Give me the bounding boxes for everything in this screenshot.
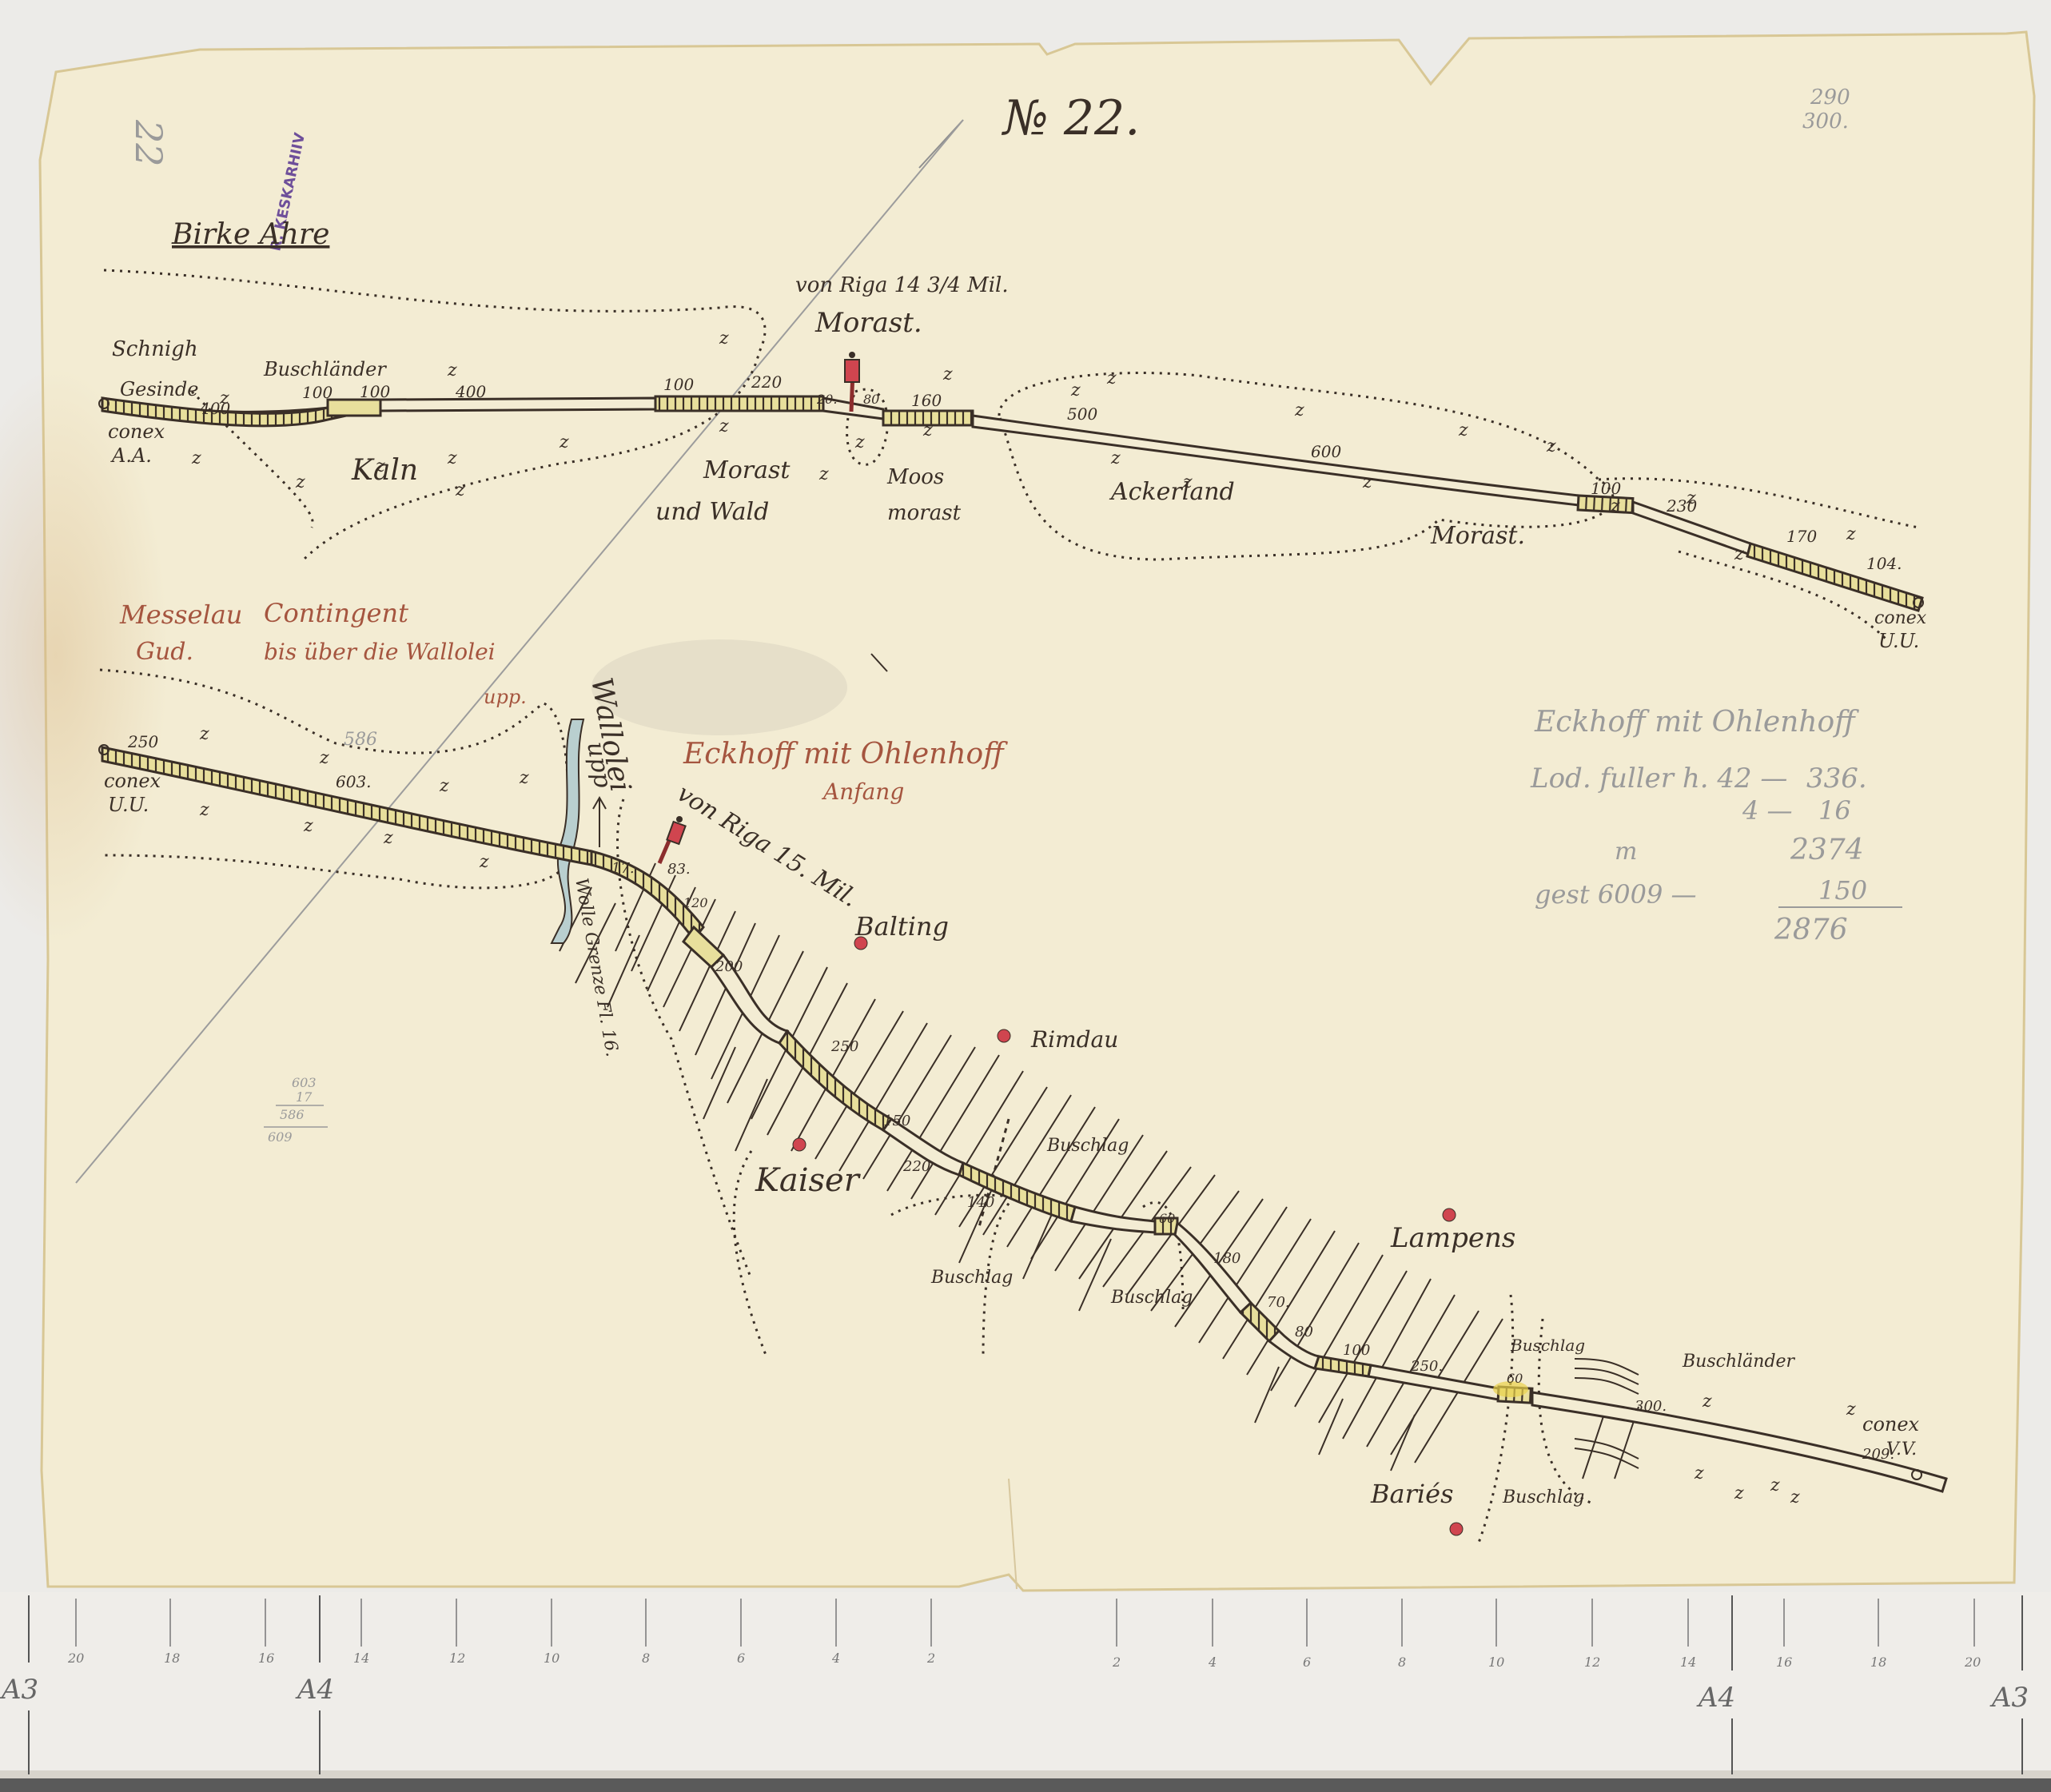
svg-text:z: z: [447, 448, 457, 468]
segment-length: 80: [1295, 1324, 1313, 1340]
map-scan: № 22. 22 290 300. R. KESKARHIIV: [0, 0, 2051, 1792]
red-note-bis-uber: bis über die Wallolei: [264, 639, 496, 665]
segment-length: 100: [360, 382, 390, 401]
label-start-aa: A.A.: [110, 444, 152, 467]
segment-length: 603.: [336, 772, 372, 791]
segment-length: 220: [751, 372, 782, 392]
ruler-tick-label: 2: [926, 1651, 935, 1666]
svg-text:z: z: [1182, 472, 1193, 492]
label-end-uu: U.U.: [1878, 630, 1919, 652]
svg-text:z: z: [479, 852, 489, 872]
ruler-label-a4-left: A4: [295, 1674, 334, 1706]
segment-length: 300.: [1635, 1398, 1667, 1415]
svg-text:z: z: [1790, 1487, 1800, 1507]
svg-text:z: z: [1770, 1475, 1780, 1495]
label-buschlag-1: Buschlag: [1046, 1136, 1129, 1156]
segment-length: 20.: [816, 392, 837, 407]
segment-length: 600: [1311, 442, 1341, 461]
label-morast-wald-2: und Wald: [655, 498, 769, 526]
svg-text:z: z: [455, 480, 465, 500]
calc-title: Eckhoff mit Ohlenhoff: [1534, 706, 1859, 739]
side-calc-3: 586: [280, 1107, 305, 1122]
segment-length: 70.: [1267, 1294, 1290, 1311]
ruler-tick-label: 18: [164, 1651, 180, 1666]
svg-text:z: z: [303, 816, 313, 836]
ruler-tick-label: 12: [1584, 1655, 1600, 1670]
scale-ruler: 20 18 16 14 12 10 8 6 4 2 2 4 6 8 10 12 …: [0, 1592, 2051, 1792]
ruler-tick-label: 12: [449, 1651, 465, 1666]
segment-length: 250.: [1410, 1358, 1443, 1375]
village-dot-baries: [1450, 1523, 1463, 1535]
label-start-conex: conex: [108, 420, 165, 443]
segment-length: 100: [663, 375, 694, 394]
corner-pencil-number: 22: [127, 119, 170, 167]
svg-text:z: z: [719, 329, 729, 348]
red-note-gud: Gud.: [136, 638, 193, 666]
svg-text:z: z: [1106, 368, 1117, 388]
segment-length: 150: [883, 1113, 910, 1129]
red-note-messelau: Messelau: [119, 599, 242, 630]
ruler-tick-label: 14: [353, 1651, 369, 1666]
red-note-contingent: Contingent: [264, 598, 408, 628]
svg-text:z: z: [1686, 488, 1696, 508]
label-ackerland: Ackerland: [1109, 478, 1235, 506]
segment-length: 60: [1507, 1371, 1523, 1386]
segment-length: 120: [683, 895, 708, 910]
svg-text:z: z: [199, 800, 209, 820]
calc-line3-label: 4 —: [1742, 795, 1793, 826]
estate-subtitle: Anfang: [821, 779, 904, 805]
segment-length: 200: [715, 958, 743, 975]
ruler-tick-label: 16: [258, 1651, 274, 1666]
label-rimdau: Rimdau: [1030, 1026, 1118, 1053]
ruler-tick-label: 4: [831, 1651, 840, 1666]
ruler-tick-label: 4: [1208, 1655, 1217, 1670]
side-calc-4: 609: [268, 1129, 293, 1145]
label-birke-ahre: Birke Ahre: [171, 218, 329, 251]
segment-length: 80: [863, 392, 879, 407]
svg-text:z: z: [199, 724, 209, 744]
ruler-tick-label: 10: [1488, 1655, 1504, 1670]
svg-text:z: z: [854, 432, 865, 452]
ruler-label-a3-right: A3: [1989, 1682, 2029, 1714]
label-lower-end-conex: conex: [1862, 1413, 1920, 1436]
svg-text:z: z: [818, 464, 829, 484]
segment-length: 100: [1343, 1342, 1370, 1359]
side-calc-2: 17: [296, 1089, 313, 1105]
segment-length: 104.: [1866, 554, 1902, 573]
ruler-tick-label: 18: [1870, 1655, 1886, 1670]
ruler-tick-label: 20: [67, 1651, 84, 1666]
village-dot-kaiser: [793, 1138, 806, 1151]
svg-text:z: z: [319, 748, 329, 768]
svg-text:z: z: [295, 472, 305, 492]
distance-note-upper: von Riga 14 3/4 Mil.: [795, 273, 1009, 297]
svg-text:z: z: [447, 360, 457, 380]
label-moos-2: morast: [887, 501, 962, 525]
calc-line2-label: Lod. fuller h. 42 —: [1530, 763, 1787, 794]
svg-text:z: z: [1110, 448, 1121, 468]
label-morast-right: Morast.: [1430, 522, 1525, 550]
ruler-tick-label: 2: [1112, 1655, 1121, 1670]
sheet-number: № 22.: [1001, 90, 1140, 146]
svg-text:z: z: [383, 828, 393, 848]
segment-length: 83.: [667, 861, 691, 878]
calc-line3-value: 16: [1818, 795, 1851, 826]
label-moos-1: Moos: [886, 465, 944, 489]
label-morast-wald-1: Morast: [703, 456, 791, 484]
svg-text:z: z: [519, 768, 529, 788]
svg-text:z: z: [1846, 1400, 1856, 1420]
label-end-conex: conex: [1874, 608, 1927, 628]
segment-length: 250: [830, 1038, 858, 1055]
ruler-tick-label: 16: [1776, 1655, 1792, 1670]
svg-text:z: z: [1458, 420, 1468, 440]
svg-text:z: z: [1546, 436, 1556, 456]
segment-length: 400: [455, 382, 486, 401]
calc-line5-label: gest 6009 —: [1535, 879, 1696, 910]
calc-line4-label: m: [1615, 838, 1637, 866]
label-lower-start-uu: U.U.: [108, 794, 149, 816]
label-buschlag-3: Buschlag: [1110, 1288, 1193, 1308]
side-calc-1: 603: [292, 1075, 317, 1090]
svg-text:z: z: [219, 388, 229, 408]
calc-line2-value: 336.: [1806, 763, 1867, 794]
calc-line5-value: 150: [1818, 875, 1867, 906]
ruler-tick-label: 6: [737, 1651, 745, 1666]
label-buschlag-2: Buschlag: [930, 1268, 1013, 1288]
label-baries: Bariés: [1370, 1479, 1453, 1509]
faint-586: 586: [344, 730, 377, 750]
ruler-tick-label: 8: [1398, 1655, 1406, 1670]
label-morast-top: Morast.: [814, 307, 922, 339]
label-buschlag-5: Buschlag: [1502, 1487, 1584, 1507]
corner-pencil-bottom: 300.: [1802, 110, 1849, 133]
segment-length: 250: [127, 732, 158, 751]
label-lampens: Lampens: [1390, 1222, 1515, 1254]
ruler-tick-label: 10: [544, 1651, 560, 1666]
svg-text:z: z: [1702, 1392, 1712, 1412]
label-buschlaender: Buschländer: [263, 358, 387, 380]
label-start-2: Gesinde: [120, 378, 198, 400]
label-kaiser: Kaiser: [755, 1162, 862, 1199]
svg-text:z: z: [191, 448, 201, 468]
segment-length: 209.: [1862, 1446, 1894, 1463]
estate-title: Eckhoff mit Ohlenhoff: [683, 738, 1008, 771]
label-balting: Balting: [854, 911, 949, 942]
segment-length: 220: [902, 1158, 930, 1175]
svg-text:z: z: [942, 364, 953, 384]
svg-text:z: z: [375, 456, 385, 476]
svg-text:z: z: [1362, 472, 1372, 492]
ruler-label-a3-left: A3: [0, 1674, 38, 1706]
label-start-1: Schnigh: [112, 337, 198, 361]
svg-text:z: z: [1734, 1483, 1744, 1503]
segment-length: 500: [1067, 404, 1097, 424]
label-lower-start-conex: conex: [104, 770, 161, 792]
calc-total: 2876: [1774, 914, 1848, 946]
segment-length: 60: [1159, 1211, 1175, 1226]
red-note-upp: upp.: [484, 686, 527, 708]
ruler-tick-label: 8: [642, 1651, 650, 1666]
corner-pencil-top: 290: [1810, 86, 1850, 110]
ruler-tick-label: 14: [1680, 1655, 1696, 1670]
label-buschlaender-lower: Buschländer: [1682, 1352, 1796, 1372]
ruler-label-a4-right: A4: [1696, 1682, 1735, 1714]
segment-length: 180: [1213, 1250, 1241, 1267]
village-dot-rimdau: [998, 1029, 1010, 1042]
label-buschlag-4: Buschlag: [1510, 1336, 1585, 1355]
segment-length: 160: [911, 391, 942, 410]
svg-text:z: z: [719, 416, 729, 436]
svg-text:z: z: [1846, 524, 1856, 544]
svg-text:z: z: [1694, 1463, 1704, 1483]
svg-text:z: z: [1610, 496, 1620, 516]
svg-text:z: z: [922, 420, 933, 440]
segment-length: 140: [967, 1194, 994, 1211]
ruler-tick-label: 20: [1964, 1655, 1981, 1670]
svg-text:z: z: [1294, 400, 1304, 420]
segment-length: 100: [1591, 479, 1621, 498]
segment-length: 17.: [611, 860, 635, 877]
svg-text:z: z: [1070, 380, 1081, 400]
svg-text:z: z: [559, 432, 569, 452]
ruler-tick-label: 6: [1303, 1655, 1311, 1670]
segment-length: 170: [1786, 527, 1817, 546]
segment-length: 100: [302, 383, 333, 402]
calc-line4-value: 2374: [1790, 834, 1864, 866]
svg-text:z: z: [1734, 544, 1744, 564]
svg-text:z: z: [439, 776, 449, 796]
village-dot-lampens: [1443, 1209, 1456, 1221]
